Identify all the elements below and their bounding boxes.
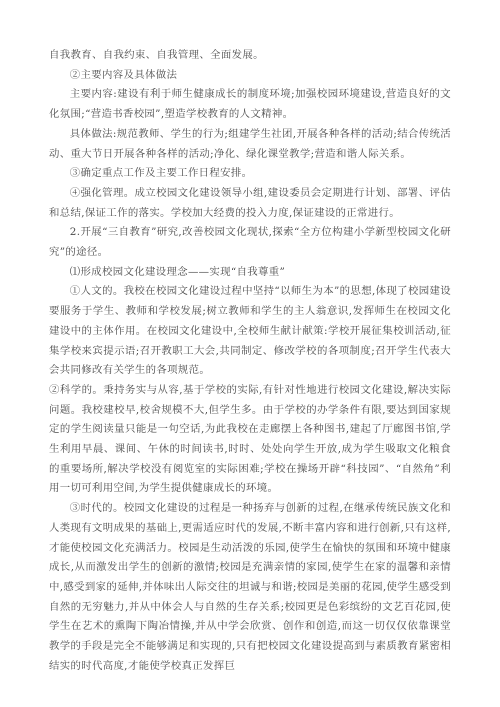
paragraph-three-self-education: 2.开展“三自教育”研究,改善校园文化现状,探索“全方位构建小学新型校园文化研究… — [49, 223, 451, 262]
paragraph-humanistic: ①人文的。我校在校园文化建设过程中坚持“以师生为本”的思想,体现了校园建设要服务… — [49, 282, 451, 381]
paragraph-strengthen-management: ④强化管理。成立校园文化建设领导小组,建设委员会定期进行计划、部署、评估和总结,… — [49, 184, 451, 223]
heading-campus-culture-concept: ⑴形成校园文化建设理念——实现“自我尊重” — [49, 263, 451, 283]
paragraph-main-content: 主要内容:建设有利于师生健康成长的制度环境;加强校园环境建设,营造良好的文化氛围… — [49, 85, 451, 124]
heading-main-content-and-methods: ②主要内容及具体做法 — [49, 66, 451, 86]
paragraph-specific-methods: 具体做法:规范教师、学生的行为;组建学生社团,开展各种各样的活动;结合传统活动、… — [49, 125, 451, 164]
paragraph-goal-summary: 自我教育、自我约束、自我管理、全面发展。 — [49, 46, 451, 66]
paragraph-key-work-schedule: ③确定重点工作及主要工作日程安排。 — [49, 164, 451, 184]
paragraph-scientific: ②科学的。秉持务实与从容,基于学校的实际,有针对性地进行校园文化建设,解决实际问… — [49, 381, 451, 499]
paragraph-contemporary: ③时代的。校园文化建设的过程是一种扬弃与创新的过程,在继承传统民族文化和人类现有… — [49, 499, 451, 676]
document-page: 自我教育、自我约束、自我管理、全面发展。 ②主要内容及具体做法 主要内容:建设有… — [49, 46, 451, 677]
